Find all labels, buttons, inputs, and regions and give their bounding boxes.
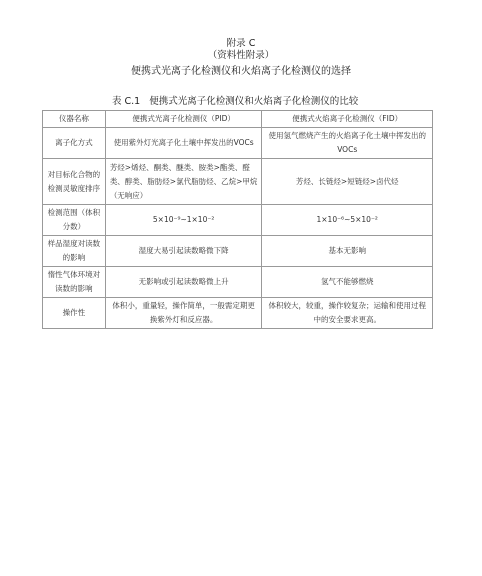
- table-caption: 表 C.1 便携式光离子化检测仪和火焰离子化检测仪的比较: [112, 96, 358, 108]
- fid-cell: 基本无影响: [262, 236, 433, 267]
- row-label: 操作性: [43, 298, 106, 329]
- column-header: 仪器名称: [43, 111, 106, 128]
- appendix-title: 附录 C: [0, 38, 482, 50]
- pid-cell: 5×10⁻⁹~1×10⁻²: [105, 205, 262, 236]
- column-header: 便携式火焰离子化检测仪（FID）: [262, 111, 433, 128]
- fid-cell: 氢气不能够燃烧: [262, 267, 433, 298]
- table-row: 操作性 体积小，重量轻，操作简单，一般需定期更换紫外灯和反应器。 体积较大，较重…: [43, 298, 433, 329]
- table-row: 样品湿度对读数的影响 湿度大易引起读数略微下降 基本无影响: [43, 236, 433, 267]
- pid-cell: 湿度大易引起读数略微下降: [105, 236, 262, 267]
- row-label: 惰性气体环境对读数的影响: [43, 267, 106, 298]
- table-row: 惰性气体环境对读数的影响 无影响或引起读数略微上升 氢气不能够燃烧: [43, 267, 433, 298]
- section-title: 便携式光离子化检测仪和火焰离子化检测仪的选择: [0, 65, 482, 79]
- appendix-type: （资料性附录）: [0, 50, 482, 62]
- table-row: 检测范围（体积分数） 5×10⁻⁹~1×10⁻² 1×10⁻⁶~5×10⁻²: [43, 205, 433, 236]
- fid-cell: 芳烃、长链烃>短链烃>卤代烃: [262, 159, 433, 205]
- comparison-table: 仪器名称 便携式光离子化检测仪（PID） 便携式火焰离子化检测仪（FID） 离子…: [42, 110, 433, 329]
- row-label: 对目标化合物的检测灵敏度排序: [43, 159, 106, 205]
- table-row: 离子化方式 使用紫外灯光离子化土壤中挥发出的VOCs 使用氢气燃烧产生的火焰离子…: [43, 128, 433, 159]
- row-label: 离子化方式: [43, 128, 106, 159]
- row-label: 检测范围（体积分数）: [43, 205, 106, 236]
- fid-cell: 体积较大，较重，操作较复杂；运输和使用过程中的安全要求更高。: [262, 298, 433, 329]
- pid-cell: 芳烃>烯烃、酮类、醚类、胺类>酯类、醛类、醇类、脂肪烃>氯代脂肪烃、乙烷>甲烷（…: [105, 159, 262, 205]
- pid-cell: 无影响或引起读数略微上升: [105, 267, 262, 298]
- table-header-row: 仪器名称 便携式光离子化检测仪（PID） 便携式火焰离子化检测仪（FID）: [43, 111, 433, 128]
- table-row: 对目标化合物的检测灵敏度排序 芳烃>烯烃、酮类、醚类、胺类>酯类、醛类、醇类、脂…: [43, 159, 433, 205]
- fid-cell: 使用氢气燃烧产生的火焰离子化土壤中挥发出的VOCs: [262, 128, 433, 159]
- column-header: 便携式光离子化检测仪（PID）: [105, 111, 262, 128]
- pid-cell: 使用紫外灯光离子化土壤中挥发出的VOCs: [105, 128, 262, 159]
- fid-cell: 1×10⁻⁶~5×10⁻²: [262, 205, 433, 236]
- pid-cell: 体积小，重量轻，操作简单，一般需定期更换紫外灯和反应器。: [105, 298, 262, 329]
- row-label: 样品湿度对读数的影响: [43, 236, 106, 267]
